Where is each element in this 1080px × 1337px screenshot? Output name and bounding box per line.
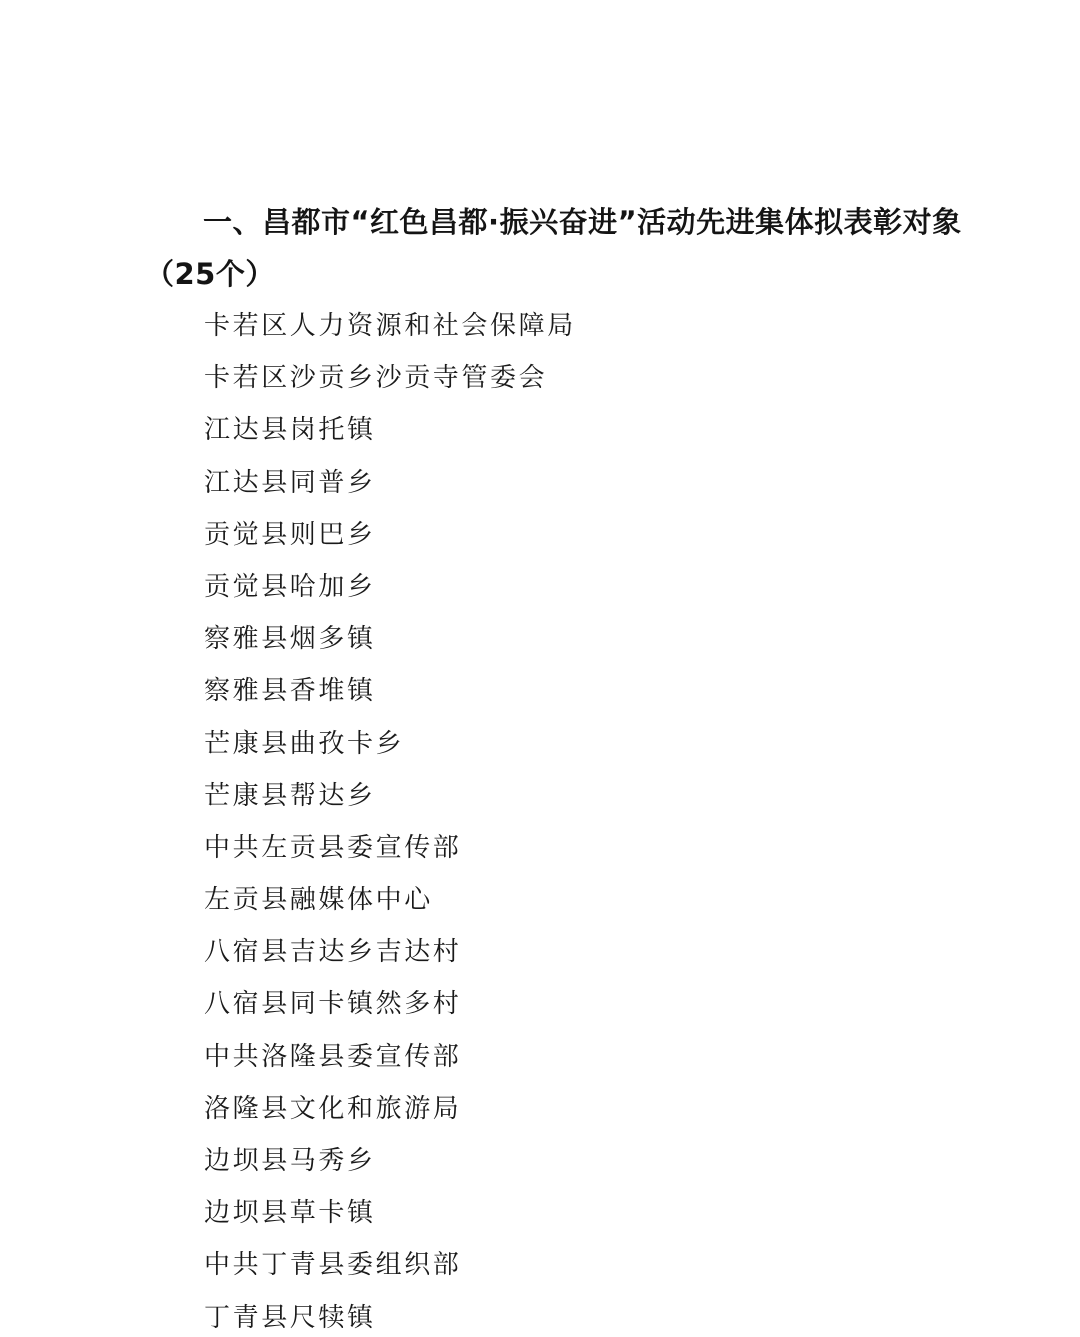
honoree-list: 卡若区人力资源和社会保障局 卡若区沙贡乡沙贡寺管委会 江达县岗托镇 江达县同普乡… — [204, 300, 576, 1337]
list-item: 边坝县马秀乡 — [204, 1135, 576, 1187]
list-item: 贡觉县则巴乡 — [204, 509, 576, 561]
list-item: 中共丁青县委组织部 — [204, 1239, 576, 1291]
list-item: 卡若区沙贡乡沙贡寺管委会 — [204, 352, 576, 404]
list-item: 中共左贡县委宣传部 — [204, 822, 576, 874]
list-item: 洛隆县文化和旅游局 — [204, 1083, 576, 1135]
list-item: 丁青县尺犊镇 — [204, 1292, 576, 1337]
list-item: 卡若区人力资源和社会保障局 — [204, 300, 576, 352]
document-page: 一、昌都市“红色昌都·振兴奋进”活动先进集体拟表彰对象（25个） 卡若区人力资源… — [0, 0, 1080, 1337]
list-item: 边坝县草卡镇 — [204, 1187, 576, 1239]
list-item: 芒康县帮达乡 — [204, 770, 576, 822]
list-item: 八宿县同卡镇然多村 — [204, 978, 576, 1030]
list-item: 江达县岗托镇 — [204, 404, 576, 456]
list-item: 察雅县香堆镇 — [204, 665, 576, 717]
list-item: 芒康县曲孜卡乡 — [204, 718, 576, 770]
list-item: 左贡县融媒体中心 — [204, 874, 576, 926]
list-item: 江达县同普乡 — [204, 457, 576, 509]
list-item: 察雅县烟多镇 — [204, 613, 576, 665]
list-item: 八宿县吉达乡吉达村 — [204, 926, 576, 978]
list-item: 贡觉县哈加乡 — [204, 561, 576, 613]
list-item: 中共洛隆县委宣传部 — [204, 1031, 576, 1083]
section-heading: 一、昌都市“红色昌都·振兴奋进”活动先进集体拟表彰对象（25个） — [145, 196, 965, 300]
